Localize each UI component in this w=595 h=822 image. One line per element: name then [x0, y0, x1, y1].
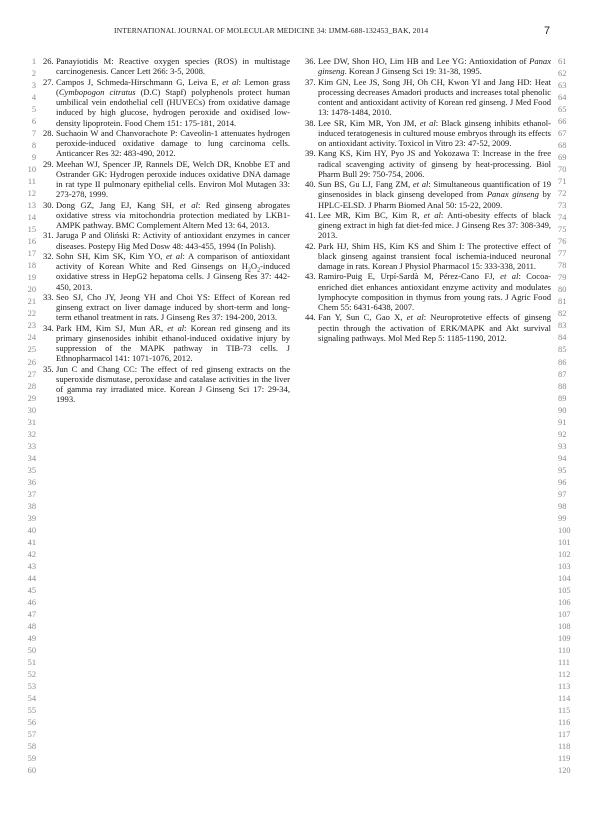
reference-text: Jun C and Chang CC: The effect of red gi… — [56, 364, 290, 405]
line-number: 40 — [14, 526, 36, 535]
line-number: 75 — [558, 225, 580, 234]
line-number: 104 — [558, 574, 580, 583]
line-number: 8 — [14, 141, 36, 150]
line-number: 17 — [14, 249, 36, 258]
reference-number: 40. — [305, 179, 316, 189]
line-number: 1 — [14, 57, 36, 66]
line-number: 51 — [14, 658, 36, 667]
line-number: 115 — [558, 706, 580, 715]
line-number: 67 — [558, 129, 580, 138]
line-number: 13 — [14, 201, 36, 210]
line-number: 49 — [14, 634, 36, 643]
line-number: 116 — [558, 718, 580, 727]
reference-text: Lee MR, Kim BC, Kim R, et al: Anti-obesi… — [318, 210, 551, 241]
line-number: 46 — [14, 598, 36, 607]
reference-entry: 28.Suchaoin W and Chanvorachote P: Caveo… — [43, 128, 290, 159]
line-number: 18 — [14, 261, 36, 270]
line-number: 39 — [14, 514, 36, 523]
line-number: 64 — [558, 93, 580, 102]
reference-text: Panayiotidis M: Reactive oxygen species … — [56, 56, 290, 77]
line-number: 69 — [558, 153, 580, 162]
line-number: 15 — [14, 225, 36, 234]
line-number: 20 — [14, 285, 36, 294]
line-number: 68 — [558, 141, 580, 150]
line-number: 80 — [558, 285, 580, 294]
line-number: 79 — [558, 273, 580, 282]
line-number: 107 — [558, 610, 580, 619]
line-number: 45 — [14, 586, 36, 595]
reference-text: Meehan WJ, Spencer JP, Rannels DE, Welch… — [56, 159, 290, 200]
line-number: 24 — [14, 333, 36, 342]
line-number: 22 — [14, 309, 36, 318]
line-number: 26 — [14, 358, 36, 367]
line-number: 109 — [558, 634, 580, 643]
reference-entry: 33.Seo SJ, Cho JY, Jeong YH and Choi YS:… — [43, 292, 290, 323]
reference-number: 26. — [43, 56, 54, 66]
line-number: 108 — [558, 622, 580, 631]
reference-text: Park HM, Kim SJ, Mun AR, et al: Korean r… — [56, 323, 290, 364]
reference-number: 31. — [43, 230, 54, 240]
reference-text: Kim GN, Lee JS, Song JH, Oh CH, Kwon YI … — [318, 77, 551, 118]
reference-number: 27. — [43, 77, 54, 87]
line-number: 42 — [14, 550, 36, 559]
references-column-right: 36.Lee DW, Shon HO, Lim HB and Lee YG: A… — [305, 56, 551, 343]
line-number: 78 — [558, 261, 580, 270]
reference-entry: 43.Ramiro-Puig E, Urpí-Sardà M, Pérez-Ca… — [305, 271, 551, 312]
line-number: 100 — [558, 526, 580, 535]
line-number: 82 — [558, 309, 580, 318]
line-number: 89 — [558, 394, 580, 403]
reference-entry: 42.Park HJ, Shim HS, Kim KS and Shim I: … — [305, 241, 551, 272]
line-number: 86 — [558, 358, 580, 367]
reference-text: Lee SR, Kim MR, Yon JM, et al: Black gin… — [318, 118, 551, 149]
reference-entry: 40.Sun BS, Gu LJ, Fang ZM, et al: Simult… — [305, 179, 551, 210]
reference-text: Kang KS, Kim HY, Pyo JS and Yokozawa T: … — [318, 148, 551, 179]
line-number: 112 — [558, 670, 580, 679]
reference-text: Sun BS, Gu LJ, Fang ZM, et al: Simultane… — [318, 179, 551, 210]
line-number: 21 — [14, 297, 36, 306]
line-number: 94 — [558, 454, 580, 463]
line-number: 113 — [558, 682, 580, 691]
line-number: 98 — [558, 502, 580, 511]
line-number: 31 — [14, 418, 36, 427]
reference-number: 39. — [305, 148, 316, 158]
line-number: 90 — [558, 406, 580, 415]
line-number: 25 — [14, 345, 36, 354]
line-number: 37 — [14, 490, 36, 499]
line-number: 91 — [558, 418, 580, 427]
reference-number: 30. — [43, 200, 54, 210]
line-number: 65 — [558, 105, 580, 114]
line-number: 56 — [14, 718, 36, 727]
reference-text: Park HJ, Shim HS, Kim KS and Shim I: The… — [318, 241, 551, 272]
line-number: 117 — [558, 730, 580, 739]
line-number: 38 — [14, 502, 36, 511]
reference-number: 33. — [43, 292, 54, 302]
line-number: 84 — [558, 333, 580, 342]
line-number: 53 — [14, 682, 36, 691]
reference-entry: 35.Jun C and Chang CC: The effect of red… — [43, 364, 290, 405]
line-number: 10 — [14, 165, 36, 174]
line-number: 3 — [14, 81, 36, 90]
line-number: 102 — [558, 550, 580, 559]
reference-entry: 36.Lee DW, Shon HO, Lim HB and Lee YG: A… — [305, 56, 551, 77]
line-number: 9 — [14, 153, 36, 162]
line-number: 6 — [14, 117, 36, 126]
line-number: 72 — [558, 189, 580, 198]
line-number: 76 — [558, 237, 580, 246]
reference-text: Suchaoin W and Chanvorachote P: Caveolin… — [56, 128, 290, 159]
line-number: 62 — [558, 69, 580, 78]
line-number: 7 — [14, 129, 36, 138]
line-number: 12 — [14, 189, 36, 198]
reference-text: Fan Y, Sun C, Gao X, et al: Neuroproteti… — [318, 312, 551, 343]
line-number: 29 — [14, 394, 36, 403]
line-number: 43 — [14, 562, 36, 571]
line-number: 41 — [14, 538, 36, 547]
line-number: 97 — [558, 490, 580, 499]
line-number: 47 — [14, 610, 36, 619]
line-number: 32 — [14, 430, 36, 439]
line-number: 96 — [558, 478, 580, 487]
reference-number: 29. — [43, 159, 54, 169]
line-number: 111 — [558, 658, 580, 667]
line-number: 11 — [14, 177, 36, 186]
line-number: 81 — [558, 297, 580, 306]
reference-number: 32. — [43, 251, 54, 261]
line-number: 106 — [558, 598, 580, 607]
reference-entry: 32.Sohn SH, Kim SK, Kim YO, et al: A com… — [43, 251, 290, 292]
reference-text: Seo SJ, Cho JY, Jeong YH and Choi YS: Ef… — [56, 292, 290, 323]
line-number: 77 — [558, 249, 580, 258]
line-number: 118 — [558, 742, 580, 751]
reference-number: 44. — [305, 312, 316, 322]
line-number: 33 — [14, 442, 36, 451]
line-number: 71 — [558, 177, 580, 186]
line-number: 30 — [14, 406, 36, 415]
page-number: 7 — [544, 25, 550, 37]
reference-entry: 31.Jaruga P and Oliński R: Activity of a… — [43, 230, 290, 251]
reference-text: Dong GZ, Jang EJ, Kang SH, et al: Red gi… — [56, 200, 290, 231]
reference-number: 43. — [305, 271, 316, 281]
line-number: 2 — [14, 69, 36, 78]
line-number: 59 — [14, 754, 36, 763]
reference-number: 36. — [305, 56, 316, 66]
reference-text: Lee DW, Shon HO, Lim HB and Lee YG: Anti… — [318, 56, 551, 77]
line-number: 119 — [558, 754, 580, 763]
line-number: 52 — [14, 670, 36, 679]
line-number: 34 — [14, 454, 36, 463]
line-number: 103 — [558, 562, 580, 571]
line-number: 99 — [558, 514, 580, 523]
line-number: 92 — [558, 430, 580, 439]
line-number: 95 — [558, 466, 580, 475]
line-number: 83 — [558, 321, 580, 330]
reference-entry: 39.Kang KS, Kim HY, Pyo JS and Yokozawa … — [305, 148, 551, 179]
reference-entry: 29.Meehan WJ, Spencer JP, Rannels DE, We… — [43, 159, 290, 200]
reference-number: 38. — [305, 118, 316, 128]
reference-entry: 44.Fan Y, Sun C, Gao X, et al: Neuroprot… — [305, 312, 551, 343]
reference-number: 37. — [305, 77, 316, 87]
line-number: 55 — [14, 706, 36, 715]
line-number: 27 — [14, 370, 36, 379]
line-number: 101 — [558, 538, 580, 547]
reference-entry: 41.Lee MR, Kim BC, Kim R, et al: Anti-ob… — [305, 210, 551, 241]
reference-entry: 34.Park HM, Kim SJ, Mun AR, et al: Korea… — [43, 323, 290, 364]
line-number: 14 — [14, 213, 36, 222]
line-number: 110 — [558, 646, 580, 655]
line-number: 48 — [14, 622, 36, 631]
line-number: 58 — [14, 742, 36, 751]
line-number: 4 — [14, 93, 36, 102]
line-number: 19 — [14, 273, 36, 282]
line-number: 35 — [14, 466, 36, 475]
line-number: 44 — [14, 574, 36, 583]
line-number: 105 — [558, 586, 580, 595]
line-number: 85 — [558, 345, 580, 354]
line-number: 60 — [14, 766, 36, 775]
reference-entry: 38.Lee SR, Kim MR, Yon JM, et al: Black … — [305, 118, 551, 149]
line-number: 50 — [14, 646, 36, 655]
line-number: 66 — [558, 117, 580, 126]
line-number: 23 — [14, 321, 36, 330]
journal-running-title: INTERNATIONAL JOURNAL OF MOLECULAR MEDIC… — [114, 26, 428, 35]
line-number: 114 — [558, 694, 580, 703]
line-number: 88 — [558, 382, 580, 391]
line-number: 61 — [558, 57, 580, 66]
line-number: 36 — [14, 478, 36, 487]
line-number: 54 — [14, 694, 36, 703]
line-number: 57 — [14, 730, 36, 739]
reference-number: 28. — [43, 128, 54, 138]
references-column-left: 26.Panayiotidis M: Reactive oxygen speci… — [43, 56, 290, 405]
reference-number: 41. — [305, 210, 316, 220]
line-number: 5 — [14, 105, 36, 114]
line-number: 73 — [558, 201, 580, 210]
reference-entry: 26.Panayiotidis M: Reactive oxygen speci… — [43, 56, 290, 77]
reference-text: Sohn SH, Kim SK, Kim YO, et al: A compar… — [56, 251, 290, 292]
line-number: 70 — [558, 165, 580, 174]
reference-text: Jaruga P and Oliński R: Activity of anti… — [56, 230, 290, 251]
reference-text: Ramiro-Puig E, Urpí-Sardà M, Pérez-Cano … — [318, 271, 551, 312]
line-number: 120 — [558, 766, 580, 775]
reference-entry: 27.Campos J, Schmeda-Hirschmann G, Leiva… — [43, 77, 290, 128]
line-number: 87 — [558, 370, 580, 379]
line-number: 28 — [14, 382, 36, 391]
reference-text: Campos J, Schmeda-Hirschmann G, Leiva E,… — [56, 77, 290, 128]
line-number: 63 — [558, 81, 580, 90]
reference-entry: 30.Dong GZ, Jang EJ, Kang SH, et al: Red… — [43, 200, 290, 231]
reference-number: 34. — [43, 323, 54, 333]
line-number: 16 — [14, 237, 36, 246]
reference-number: 35. — [43, 364, 54, 374]
line-number: 74 — [558, 213, 580, 222]
reference-entry: 37.Kim GN, Lee JS, Song JH, Oh CH, Kwon … — [305, 77, 551, 118]
line-number: 93 — [558, 442, 580, 451]
reference-number: 42. — [305, 241, 316, 251]
